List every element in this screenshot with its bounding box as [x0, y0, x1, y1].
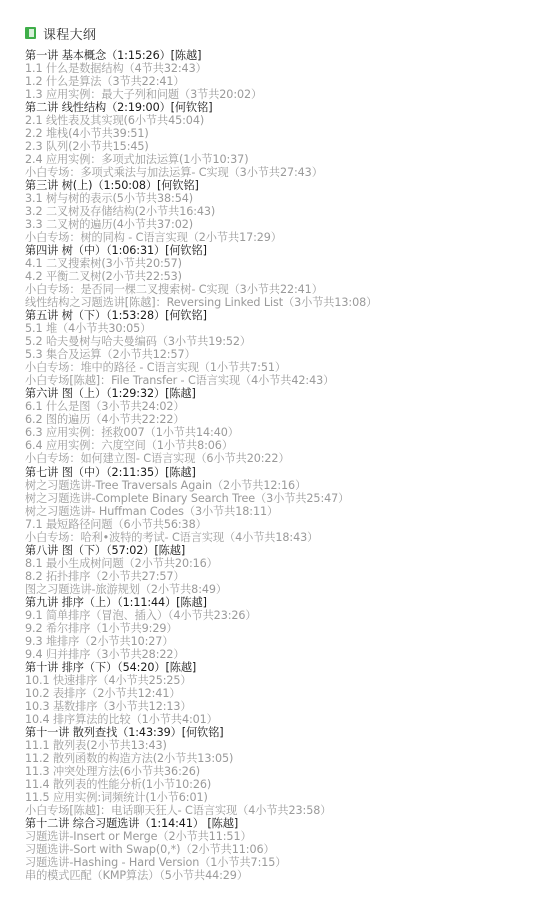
section-item: 4.2 平衡二叉树(2小节共22:53) — [25, 270, 545, 283]
section-item: 图之习题选讲-旅游规划（2小节共8:49） — [25, 583, 545, 596]
section-item: 6.4 应用实例：六度空间（1小节共8:06） — [25, 439, 545, 452]
lecture-heading: 第四讲 树（中）（1:06:31）[何钦铭] — [25, 244, 545, 257]
section-item: 3.1 树与树的表示(5小节共38:54) — [25, 192, 545, 205]
lecture-heading: 第五讲 树（下）（1:53:28）[何钦铭] — [25, 309, 545, 322]
section-item: 1.3 应用实例：最大子列和问题（3节共20:02） — [25, 88, 545, 101]
section-item: 8.2 拓扑排序（2小节共27:57） — [25, 570, 545, 583]
section-item: 9.4 归并排序（3小节共28:22） — [25, 648, 545, 661]
section-item: 习题选讲-Insert or Merge（2小节共11:51） — [25, 830, 545, 843]
section-item: 小白专场[陈越]：File Transfer - C语言实现（4小节共42:43… — [25, 374, 545, 387]
section-item: 习题选讲-Hashing - Hard Version（1小节共7:15） — [25, 856, 545, 869]
section-item: 串的模式匹配（KMP算法）（5小节共44:29） — [25, 869, 545, 882]
section-item: 2.2 堆栈(4小节共39:51) — [25, 127, 545, 140]
section-item: 小白专场：多项式乘法与加法运算- C实现（3小节共27:43） — [25, 166, 545, 179]
section-item: 11.3 冲突处理方法(6小节共36:26) — [25, 765, 545, 778]
section-item: 10.2 表排序（2小节共12:41） — [25, 687, 545, 700]
section-item: 1.1 什么是数据结构（4节共32:43） — [25, 62, 545, 75]
section-item: 树之习题选讲-Tree Traversals Again（2小节共12:16） — [25, 479, 545, 492]
section-item: 3.3 二叉树的遍历(4小节共37:02) — [25, 218, 545, 231]
section-item: 6.1 什么是图（3小节共24:02） — [25, 400, 545, 413]
outline-header: 课程大纲 — [25, 24, 96, 42]
section-item: 3.2 二叉树及存储结构(2小节共16:43) — [25, 205, 545, 218]
section-item: 9.3 堆排序（2小节共10:27） — [25, 635, 545, 648]
section-item: 树之习题选讲-Complete Binary Search Tree（3小节共2… — [25, 492, 545, 505]
section-item: 小白专场：如何建立图- C语言实现（6小节共20:22） — [25, 452, 545, 465]
section-item: 5.3 集合及运算（2小节共12:57） — [25, 348, 545, 361]
section-item: 10.1 快速排序（4小节共25:25） — [25, 674, 545, 687]
section-item: 10.3 基数排序（3小节共12:13） — [25, 700, 545, 713]
section-item: 小白专场：是否同一棵二叉搜索树- C实现（3小节共22:41） — [25, 283, 545, 296]
book-icon — [25, 27, 36, 39]
lecture-heading: 第十讲 排序（下）（54:20）[陈越] — [25, 661, 545, 674]
course-outline-page: 课程大纲 第一讲 基本概念（1:15:26）[陈越]1.1 什么是数据结构（4节… — [0, 0, 552, 899]
section-item: 10.4 排序算法的比较（1小节共4:01） — [25, 713, 545, 726]
section-item: 小白专场：哈利•波特的考试- C语言实现（4小节共18:43） — [25, 531, 545, 544]
lecture-heading: 第一讲 基本概念（1:15:26）[陈越] — [25, 49, 545, 62]
section-item: 树之习题选讲- Huffman Codes（3小节共18:11） — [25, 505, 545, 518]
section-item: 11.1 散列表(2小节共13:43) — [25, 739, 545, 752]
lecture-heading: 第九讲 排序（上）（1:11:44）[陈越] — [25, 596, 545, 609]
lecture-heading: 第六讲 图（上）（1:29:32）[陈越] — [25, 387, 545, 400]
section-item: 5.1 堆（4小节共30:05） — [25, 322, 545, 335]
section-item: 2.3 队列(2小节共15:45) — [25, 140, 545, 153]
section-item: 9.2 希尔排序（1小节共9:29） — [25, 622, 545, 635]
section-item: 线性结构之习题选讲[陈越]：Reversing Linked List（3小节共… — [25, 296, 545, 309]
section-item: 7.1 最短路径问题（6小节共56:38） — [25, 518, 545, 531]
section-item: 1.2 什么是算法（3节共22:41） — [25, 75, 545, 88]
lecture-heading: 第二讲 线性结构（2:19:00）[何钦铭] — [25, 101, 545, 114]
section-item: 2.1 线性表及其实现(6小节共45:04) — [25, 114, 545, 127]
section-item: 9.1 简单排序（冒泡、插入）（4小节共23:26） — [25, 609, 545, 622]
lecture-heading: 第十一讲 散列查找（1:43:39）[何钦铭] — [25, 726, 545, 739]
section-item: 4.1 二叉搜索树(3小节共20:57) — [25, 257, 545, 270]
section-item: 2.4 应用实例：多项式加法运算(1小节10:37) — [25, 153, 545, 166]
lecture-heading: 第十二讲 综合习题选讲（1:14:41） [陈越] — [25, 817, 545, 830]
section-item: 6.3 应用实例：拯救007（1小节共14:40） — [25, 426, 545, 439]
course-outline-list: 第一讲 基本概念（1:15:26）[陈越]1.1 什么是数据结构（4节共32:4… — [25, 49, 545, 882]
section-item: 11.5 应用实例:词频统计(1小节6:01) — [25, 791, 545, 804]
section-item: 习题选讲-Sort with Swap(0,*)（2小节共11:06） — [25, 843, 545, 856]
section-item: 11.2 散列函数的构造方法(2小节共13:05) — [25, 752, 545, 765]
lecture-heading: 第三讲 树(上)（1:50:08）[何钦铭] — [25, 179, 545, 192]
section-item: 11.4 散列表的性能分析(1小节10:26) — [25, 778, 545, 791]
section-item: 5.2 哈夫曼树与哈夫曼编码（3小节共19:52） — [25, 335, 545, 348]
section-item: 小白专场[陈越]：电话聊天狂人- C语言实现（4小节共23:58） — [25, 804, 545, 817]
outline-title: 课程大纲 — [43, 24, 96, 43]
lecture-heading: 第八讲 图（下）（57:02）[陈越] — [25, 544, 545, 557]
lecture-heading: 第七讲 图（中）（2:11:35）[陈越] — [25, 466, 545, 479]
section-item: 小白专场：堆中的路径 - C语言实现（1小节共7:51） — [25, 361, 545, 374]
section-item: 8.1 最小生成树问题（2小节共20:16） — [25, 557, 545, 570]
section-item: 6.2 图的遍历（4小节共22:22） — [25, 413, 545, 426]
section-item: 小白专场：树的同构 - C语言实现（2小节共17:29） — [25, 231, 545, 244]
